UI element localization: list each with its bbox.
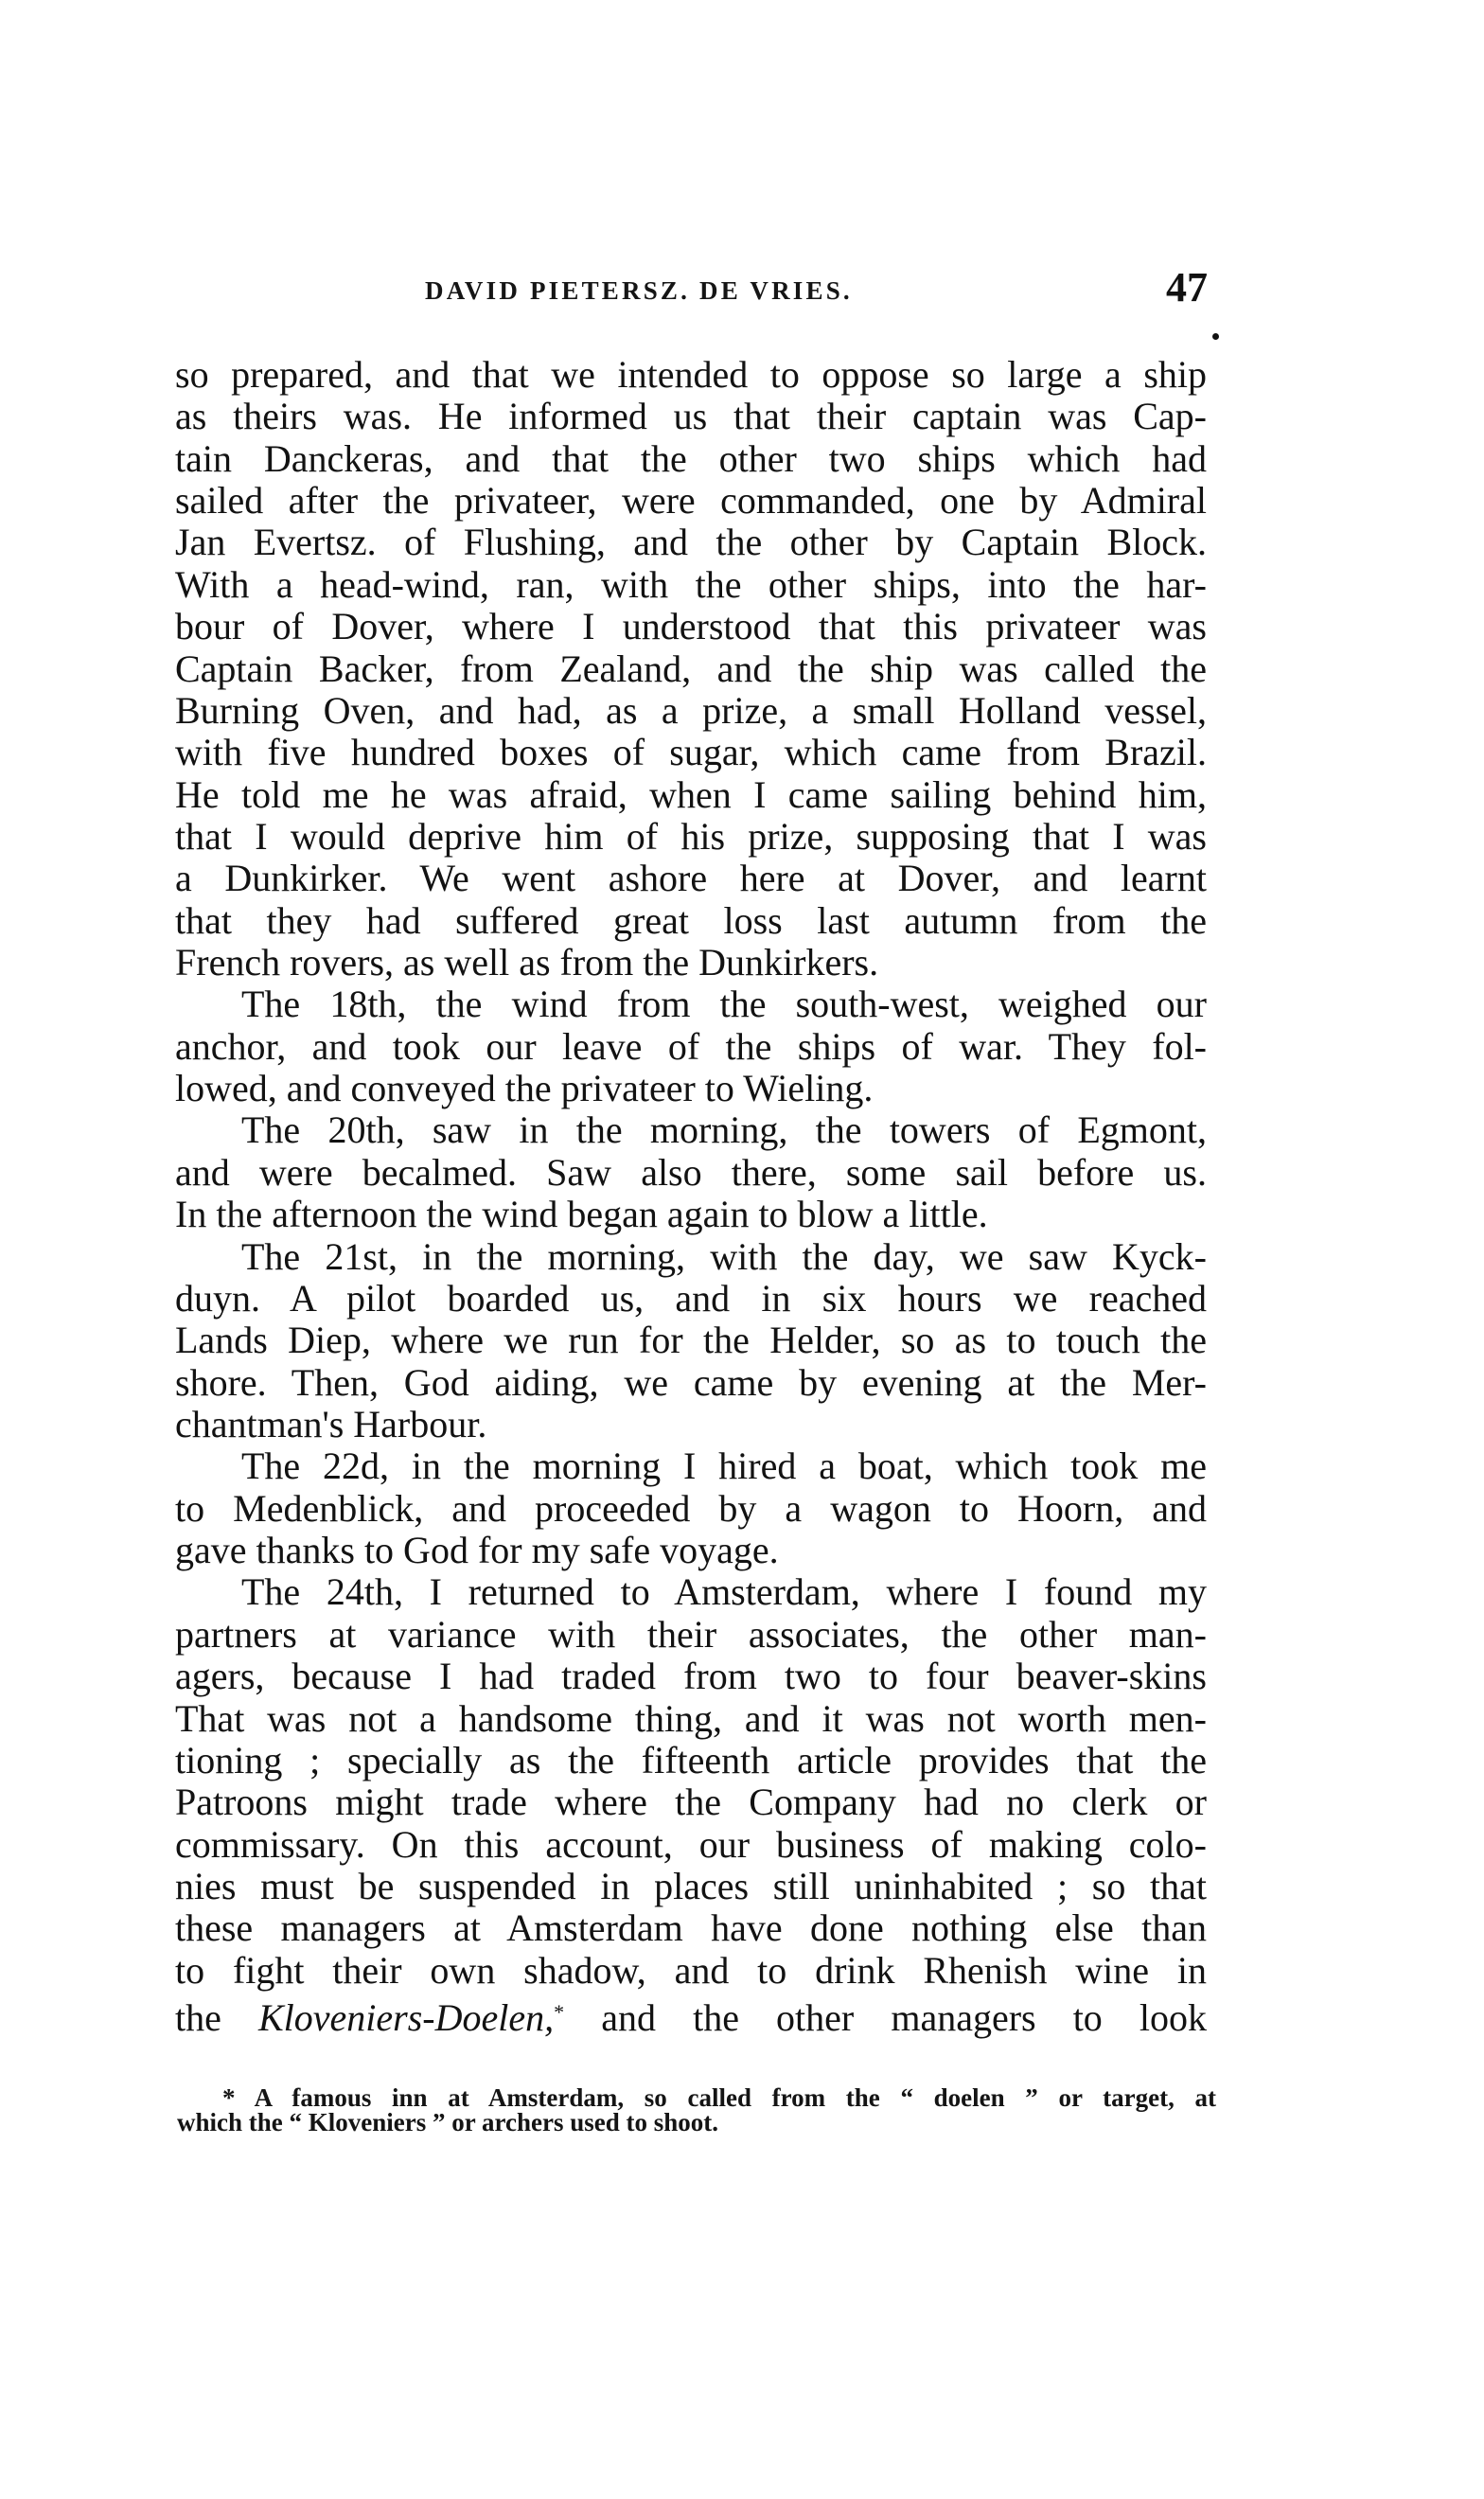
- body-line-final: the Kloveniers-Doelen,* and the other ma…: [175, 1992, 1207, 2033]
- body-line: and were becalmed. Saw also there, some …: [175, 1152, 1207, 1194]
- body-line: shore. Then, God aiding, we came by even…: [175, 1362, 1207, 1404]
- book-page: DAVID PIETERSZ. DE VRIES. 47 so prepared…: [0, 0, 1484, 2499]
- body-lines: so prepared, and that we intended to opp…: [175, 354, 1207, 1992]
- body-line: With a head-wind, ran, with the other sh…: [175, 564, 1207, 606]
- body-line: agers, because I had traded from two to …: [175, 1656, 1207, 1697]
- body-line: as theirs was. He informed us that their…: [175, 396, 1207, 437]
- body-line: chantman's Harbour.: [175, 1404, 1207, 1445]
- body-line: The 20th, saw in the morning, the towers…: [175, 1109, 1207, 1151]
- final-line-after: and the other managers to look: [601, 1996, 1207, 2039]
- body-line: That was not a handsome thing, and it wa…: [175, 1698, 1207, 1740]
- body-line: bour of Dover, where I understood that t…: [175, 606, 1207, 647]
- body-line: nies must be suspended in places still u…: [175, 1866, 1207, 1907]
- page-number: 47: [1160, 267, 1208, 309]
- body-line: lowed, and conveyed the privateer to Wie…: [175, 1068, 1207, 1109]
- print-speck: [1212, 333, 1219, 340]
- body-line: The 21st, in the morning, with the day, …: [175, 1236, 1207, 1278]
- body-line: commissary. On this account, our busines…: [175, 1824, 1207, 1866]
- body-line: Lands Diep, where we run for the Helder,…: [175, 1320, 1207, 1361]
- body-line: to fight their own shadow, and to drink …: [175, 1950, 1207, 1992]
- body-line: The 22d, in the morning I hired a boat, …: [175, 1445, 1207, 1487]
- body-line: these managers at Amsterdam have done no…: [175, 1907, 1207, 1949]
- body-line: Jan Evertsz. of Flushing, and the other …: [175, 522, 1207, 563]
- running-head-title: DAVID PIETERSZ. DE VRIES.: [425, 275, 908, 307]
- body-line: a Dunkirker. We went ashore here at Dove…: [175, 858, 1207, 899]
- italic-place-name: Kloveniers-Doelen,: [258, 1996, 554, 2039]
- body-text: so prepared, and that we intended to opp…: [175, 354, 1207, 2033]
- body-line: Patroons might trade where the Company h…: [175, 1781, 1207, 1823]
- body-line: partners at variance with their associat…: [175, 1614, 1207, 1656]
- body-line: The 18th, the wind from the south-west, …: [175, 984, 1207, 1025]
- body-line: Burning Oven, and had, as a prize, a sma…: [175, 690, 1207, 732]
- footnote: * A famous inn at Amsterdam, so called f…: [177, 2085, 1216, 2135]
- body-line: so prepared, and that we intended to opp…: [175, 354, 1207, 396]
- final-line-before: the: [175, 1996, 221, 2039]
- body-line: tain Danckeras, and that the other two s…: [175, 438, 1207, 480]
- footnote-marker[interactable]: *: [554, 2000, 564, 2024]
- body-line: He told me he was afraid, when I came sa…: [175, 774, 1207, 816]
- body-line: duyn. A pilot boarded us, and in six hou…: [175, 1278, 1207, 1320]
- body-line: Captain Backer, from Zealand, and the sh…: [175, 648, 1207, 690]
- body-line: The 24th, I returned to Amsterdam, where…: [175, 1571, 1207, 1613]
- body-line: sailed after the privateer, were command…: [175, 480, 1207, 522]
- body-line: tioning ; specially as the fifteenth art…: [175, 1740, 1207, 1781]
- body-line: with five hundred boxes of sugar, which …: [175, 732, 1207, 773]
- body-line: gave thanks to God for my safe voyage.: [175, 1530, 1207, 1571]
- body-line: In the afternoon the wind began again to…: [175, 1194, 1207, 1235]
- footnote-line-2: which the “ Kloveniers ” or archers used…: [177, 2110, 1216, 2135]
- body-line: that they had suffered great loss last a…: [175, 900, 1207, 942]
- body-line: to Medenblick, and proceeded by a wagon …: [175, 1488, 1207, 1530]
- body-line: that I would deprive him of his prize, s…: [175, 816, 1207, 858]
- footnote-line-1: * A famous inn at Amsterdam, so called f…: [177, 2085, 1216, 2110]
- body-line: French rovers, as well as from the Dunki…: [175, 942, 1207, 984]
- body-line: anchor, and took our leave of the ships …: [175, 1026, 1207, 1068]
